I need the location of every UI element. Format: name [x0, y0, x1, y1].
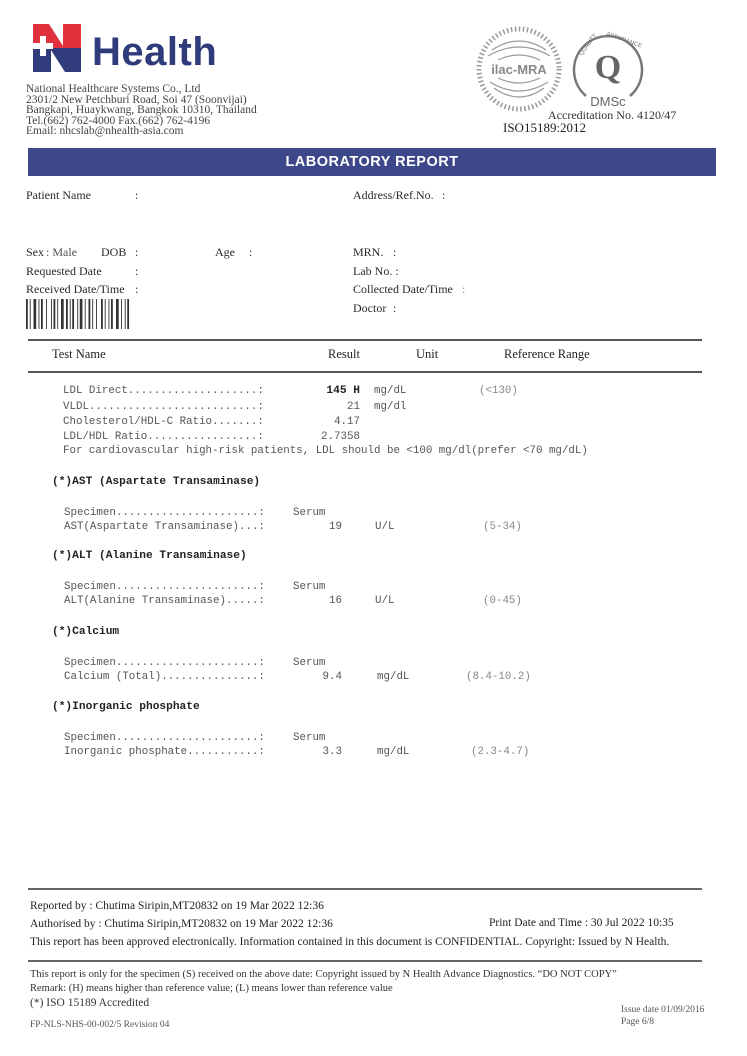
reference-range: (5-34): [483, 521, 522, 533]
result-value: 19: [329, 521, 342, 533]
address-label: Address/Ref.No.: [353, 188, 434, 203]
divider-top: [28, 339, 702, 341]
age-value: :: [249, 245, 252, 260]
patient-name-value: :: [135, 188, 138, 203]
unit: mg/dl: [374, 401, 406, 413]
col-unit: Unit: [416, 347, 438, 362]
section-title: (*)Inorganic phosphate: [52, 701, 200, 713]
result-value: 4.17: [334, 416, 360, 428]
result-value: 21: [347, 401, 360, 413]
iso-note: (*) ISO 15189 Accredited: [30, 997, 149, 1009]
result-value: 3.3: [323, 746, 342, 758]
issue-date: Issue date 01/09/2016: [621, 1005, 704, 1015]
col-test-name: Test Name: [52, 347, 106, 362]
test-name: Calcium (Total)...............:: [64, 671, 265, 683]
result-value: 2.7358: [321, 431, 360, 443]
print-datetime: Print Date and Time : 30 Jul 2022 10:35: [489, 917, 674, 929]
specimen-value: Serum: [293, 657, 325, 669]
report-title-banner: LABORATORY REPORT: [28, 148, 716, 176]
barcode-icon: [26, 299, 160, 329]
svg-text:DMSc: DMSc: [590, 94, 626, 109]
company-address-2: Bangkapi, Huaykwang, Bangkok 10310, Thai…: [26, 105, 257, 116]
unit: mg/dL: [377, 746, 409, 758]
company-name: National Healthcare Systems Co., Ltd: [26, 84, 257, 95]
test-name: Inorganic phosphate...........:: [64, 746, 265, 758]
specimen-label: Specimen......................:: [64, 732, 265, 744]
company-info: National Healthcare Systems Co., Ltd 230…: [26, 84, 257, 137]
n-health-logo-icon: [33, 24, 81, 72]
divider-footer: [28, 888, 702, 890]
sex-value: : Male: [46, 245, 77, 260]
dmsc-quality-seal-icon: Q DMSc QUALITY ASSURANCE: [568, 26, 648, 110]
result-value-high: 145 H: [326, 385, 360, 397]
specimen-label: Specimen......................:: [64, 581, 265, 593]
unit: U/L: [375, 521, 394, 533]
divider-bottom: [28, 960, 702, 962]
test-name: Cholesterol/HDL-C Ratio.......:: [63, 416, 264, 428]
section-title: (*)Calcium: [52, 626, 119, 638]
age-label: Age: [215, 245, 235, 260]
svg-text:ilac-MRA: ilac-MRA: [491, 62, 547, 77]
iso-standard: ISO15189:2012: [503, 120, 586, 136]
mrn-value: :: [393, 245, 396, 260]
address-value: :: [442, 188, 445, 203]
reference-range: (<130): [479, 385, 518, 397]
test-name: LDL Direct....................:: [63, 385, 264, 397]
sex-label: Sex: [26, 245, 44, 260]
brand-name: Health: [92, 28, 217, 76]
specimen-value: Serum: [293, 581, 325, 593]
authorised-by: Authorised by : Chutima Siripin,MT20832 …: [30, 918, 333, 930]
reference-range: (0-45): [483, 595, 522, 607]
specimen-value: Serum: [293, 732, 325, 744]
test-name: ALT(Alanine Transaminase).....:: [64, 595, 265, 607]
divider-header: [28, 371, 702, 373]
form-code: FP-NLS-NHS-00-002/5 Revision 04: [30, 1020, 169, 1030]
collected-datetime-value: :: [462, 282, 465, 297]
reference-range: (2.3-4.7): [471, 746, 529, 758]
company-email: Email: nhcslab@nhealth-asia.com: [26, 126, 257, 137]
unit: mg/dL: [377, 671, 409, 683]
section-title: (*)AST (Aspartate Transaminase): [52, 476, 260, 488]
dob-label: DOB: [101, 245, 126, 260]
specimen-note: This report is only for the specimen (S)…: [30, 969, 617, 980]
approval-note: This report has been approved electronic…: [30, 936, 669, 948]
unit: U/L: [375, 595, 394, 607]
received-datetime-label: Received Date/Time: [26, 282, 125, 297]
requested-date-value: :: [135, 264, 138, 279]
mrn-label: MRN.: [353, 245, 383, 260]
test-name: LDL/HDL Ratio.................:: [63, 431, 264, 443]
section-title: (*)ALT (Alanine Transaminase): [52, 550, 247, 562]
doctor-value: :: [393, 301, 396, 316]
ilac-mra-seal-icon: ilac-MRA: [476, 26, 562, 112]
col-reference-range: Reference Range: [504, 347, 590, 362]
result-value: 16: [329, 595, 342, 607]
specimen-value: Serum: [293, 507, 325, 519]
specimen-label: Specimen......................:: [64, 657, 265, 669]
result-value: 9.4: [323, 671, 342, 683]
svg-text:Q: Q: [595, 49, 621, 86]
remark: Remark: (H) means higher than reference …: [30, 983, 393, 994]
page-number: Page 6/8: [621, 1017, 654, 1027]
requested-date-label: Requested Date: [26, 264, 102, 279]
doctor-label: Doctor: [353, 301, 386, 316]
patient-name-label: Patient Name: [26, 188, 91, 203]
test-name: VLDL..........................:: [63, 401, 264, 413]
specimen-label: Specimen......................:: [64, 507, 265, 519]
reported-by: Reported by : Chutima Siripin,MT20832 on…: [30, 900, 324, 912]
dob-value: :: [135, 245, 138, 260]
unit: mg/dL: [374, 385, 406, 397]
received-datetime-value: :: [135, 282, 138, 297]
lab-no-label: Lab No. :: [353, 264, 399, 279]
lipid-note: For cardiovascular high-risk patients, L…: [63, 445, 588, 457]
collected-datetime-label: Collected Date/Time: [353, 282, 453, 297]
test-name: AST(Aspartate Transaminase)...:: [64, 521, 265, 533]
reference-range: (8.4-10.2): [466, 671, 531, 683]
col-result: Result: [328, 347, 360, 362]
svg-text:ASSURANCE: ASSURANCE: [605, 31, 642, 49]
